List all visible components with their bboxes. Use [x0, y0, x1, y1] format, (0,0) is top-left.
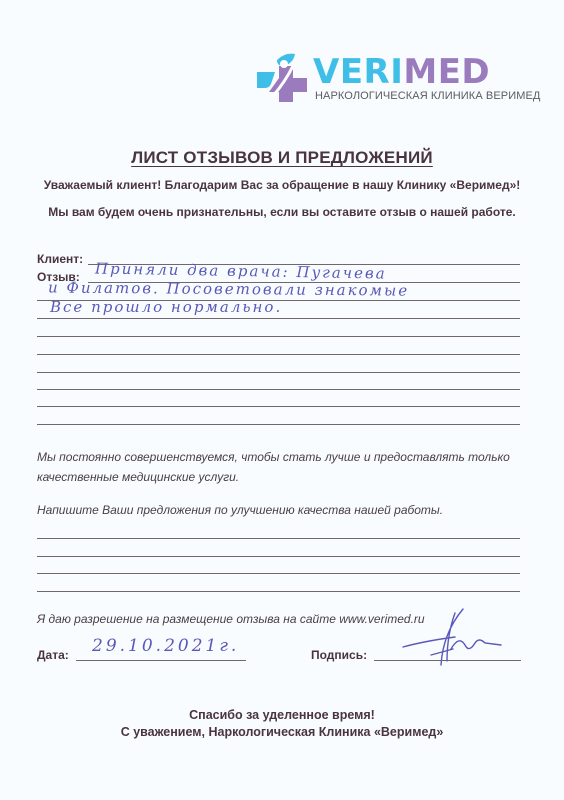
suggestion-line-3[interactable] — [37, 573, 520, 574]
medical-cross-person-icon — [255, 52, 311, 102]
thanks-text: Спасибо за уделенное время! — [0, 708, 564, 722]
suggestions-prompt: Напишите Ваши предложения по улучшению к… — [37, 503, 443, 517]
signature-label: Подпись: — [311, 648, 367, 662]
review-line-9[interactable] — [37, 424, 520, 425]
greeting-text: Уважаемый клиент! Благодарим Вас за обра… — [0, 178, 564, 192]
review-line-4[interactable] — [37, 336, 520, 337]
suggestion-line-2[interactable] — [37, 556, 520, 557]
date-handwriting: 29.10.2021г. — [92, 636, 239, 656]
permission-text: Я даю разрешение на размещение отзыва на… — [37, 612, 425, 626]
improvement-text-line-1: Мы постоянно совершенствуемся, чтобы ста… — [37, 450, 510, 464]
review-line-3[interactable] — [37, 318, 520, 319]
client-label: Клиент: — [37, 252, 83, 266]
review-line-5[interactable] — [37, 354, 520, 355]
signature-scribble-icon — [395, 605, 505, 667]
review-line-6[interactable] — [37, 372, 520, 373]
clinic-logo: VERIMED НАРКОЛОГИЧЕСКАЯ КЛИНИКА ВЕРИМЕД — [255, 50, 525, 108]
form-title: ЛИСТ ОТЗЫВОВ И ПРЕДЛОЖЕНИЙ — [0, 148, 564, 168]
review-handwriting-3: Все прошло нормально. — [50, 298, 282, 316]
review-line-7[interactable] — [37, 389, 520, 390]
request-text: Мы вам будем очень признательны, если вы… — [0, 205, 564, 219]
brand-subtitle: НАРКОЛОГИЧЕСКАЯ КЛИНИКА ВЕРИМЕД — [315, 90, 540, 102]
improvement-text-line-2: качественные медицинские услуги. — [37, 470, 239, 484]
review-line-8[interactable] — [37, 406, 520, 407]
regards-text: С уважением, Наркологическая Клиника «Ве… — [0, 725, 564, 739]
suggestion-line-1[interactable] — [37, 538, 520, 539]
date-field[interactable] — [76, 660, 246, 661]
brand-name: VERIMED — [313, 54, 490, 90]
review-handwriting-2: и Филатов. Посоветовали знакомые — [48, 278, 409, 299]
suggestion-line-4[interactable] — [37, 591, 520, 592]
date-label: Дата: — [37, 648, 69, 662]
